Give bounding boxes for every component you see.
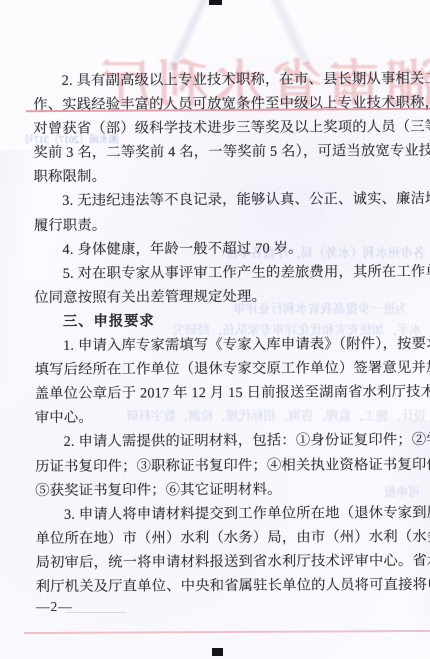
text-line: 盖单位公章后于 2017 年 12 月 15 日前报送至湖南省水利厅技术评 bbox=[35, 380, 430, 406]
text-line: 审中心。 bbox=[35, 404, 430, 430]
scan-mark-bottom bbox=[212, 648, 223, 656]
text-line: 2. 申请人需提供的证明材料，包括：①身份证复印件；②学 bbox=[35, 428, 430, 454]
text-line: 职称限制。 bbox=[34, 163, 430, 189]
text-line: 作、实践经验丰富的人员可放宽条件至中级以上专业技术职称， bbox=[33, 91, 430, 117]
text-line: 2. 具有副高级以上专业技术职称，在市、县长期从事相关工 bbox=[33, 67, 430, 93]
scan-mark-top bbox=[209, 0, 222, 5]
red-rule-bottom bbox=[24, 630, 430, 634]
section-heading: 三、申报要求 bbox=[34, 308, 430, 334]
text-line: 填写后经所在工作单位（退休专家交原工作单位）签署意见并加 bbox=[35, 356, 430, 382]
text-line: 3. 无违纪违法等不良记录，能够认真、公正、诚实、廉洁地 bbox=[34, 187, 430, 213]
text-line: 历证书复印件；③职称证书复印件；④相关执业资格证书复印件； bbox=[35, 452, 430, 478]
text-line: 履行职责。 bbox=[34, 211, 430, 237]
text-line: 5. 对在职专家从事评审工作产生的差旅费用，其所在工作单 bbox=[34, 260, 430, 286]
text-line: 利厅机关及厅直单位、中央和省属驻长单位的人员将可直接将申 bbox=[36, 573, 430, 599]
text-line: 单位所在地）市（州）水利（水务）局，由市（州）水利（水务） bbox=[35, 525, 430, 551]
paper-crease bbox=[200, 0, 380, 64]
text-line: 对曾获省（部）级科学技术进步三等奖及以上奖项的人员（三等 bbox=[33, 115, 430, 141]
text-line: 3. 申请人将申请材料提交到工作单位所在地（退休专家到原 bbox=[35, 501, 430, 527]
document-body: 2. 具有副高级以上专业技术职称，在市、县长期从事相关工作、实践经验丰富的人员可… bbox=[33, 67, 430, 599]
text-line: 奖前 3 名，二等奖前 4 名，一等奖前 5 名），可适当放宽专业技术 bbox=[33, 139, 430, 165]
text-line: 位同意按照有关出差管理规定处理。 bbox=[34, 284, 430, 310]
paper-crease bbox=[120, 0, 260, 70]
text-line: 1. 申请入库专家需填写《专家入库申请表》（附件），按要求 bbox=[34, 332, 430, 358]
text-line: 局初审后，统一将申请材料报送到省水利厅技术评审中心。省水 bbox=[36, 549, 430, 575]
text-line: ⑤获奖证书复印件；⑥其它证明材料。 bbox=[35, 477, 430, 503]
page-number-ghost-underline bbox=[66, 612, 126, 613]
scanned-document-page: 湖南省水利厅 湘水函〔2017〕317号各市州水利（水务）局，厅直各单位：为进一… bbox=[0, 0, 430, 659]
text-line: 4. 身体健康，年龄一般不超过 70 岁。 bbox=[34, 236, 430, 262]
